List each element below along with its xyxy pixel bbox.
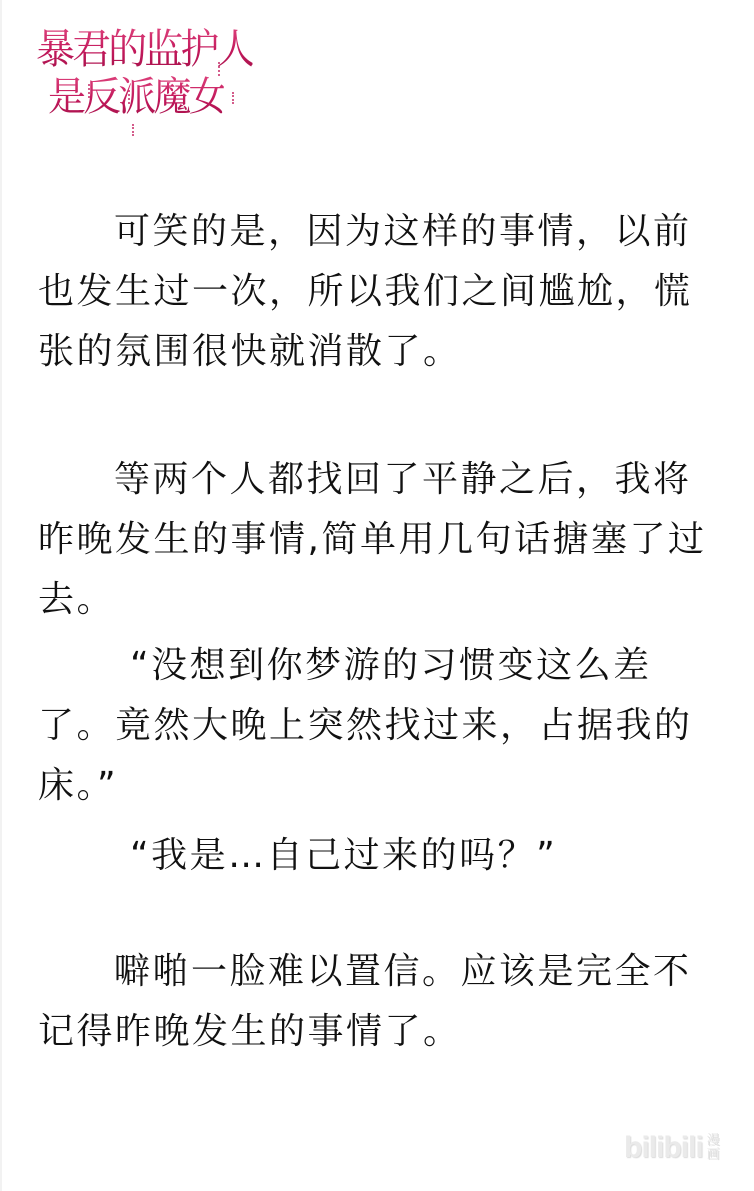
logo-ornament-dots [132,124,136,136]
paragraph: 可笑的是，因为这样的事情，以前也发生过一次，所以我们之间尴尬，慌张的氛围很快就消… [38,202,728,382]
watermark-sub-line: 画 [707,1148,720,1162]
logo-ornament-dots [128,90,132,104]
dialogue-paragraph: “我是…自己过来的吗？” [38,826,728,886]
logo-ornament-dots [88,84,92,98]
watermark-brand: bilibili [624,1131,703,1165]
comic-page: 暴君的监护人 是反派魔女 可笑的是，因为这样的事情，以前也发生过一次，所以我们之… [0,0,754,1191]
watermark-sub: 漫 画 [707,1134,720,1162]
logo-ornament-dots [218,62,222,76]
bilibili-comics-watermark: bilibili 漫 画 [624,1128,720,1168]
paragraph: 噼啪一脸难以置信。应该是完全不记得昨晚发生的事情了。 [38,942,728,1062]
title-logo-line-2: 是反派魔女 [48,72,224,122]
paragraph: 等两个人都找回了平静之后，我将昨晚发生的事情,简单用几句话搪塞了过去。 [38,450,728,630]
title-logo: 暴君的监护人 是反派魔女 [36,24,276,134]
watermark-sub-line: 漫 [707,1134,720,1148]
logo-ornament-dots [232,92,236,104]
dialogue-paragraph: “没想到你梦游的习惯变这么差了。竟然大晚上突然找过来，占据我的床。” [38,636,728,816]
